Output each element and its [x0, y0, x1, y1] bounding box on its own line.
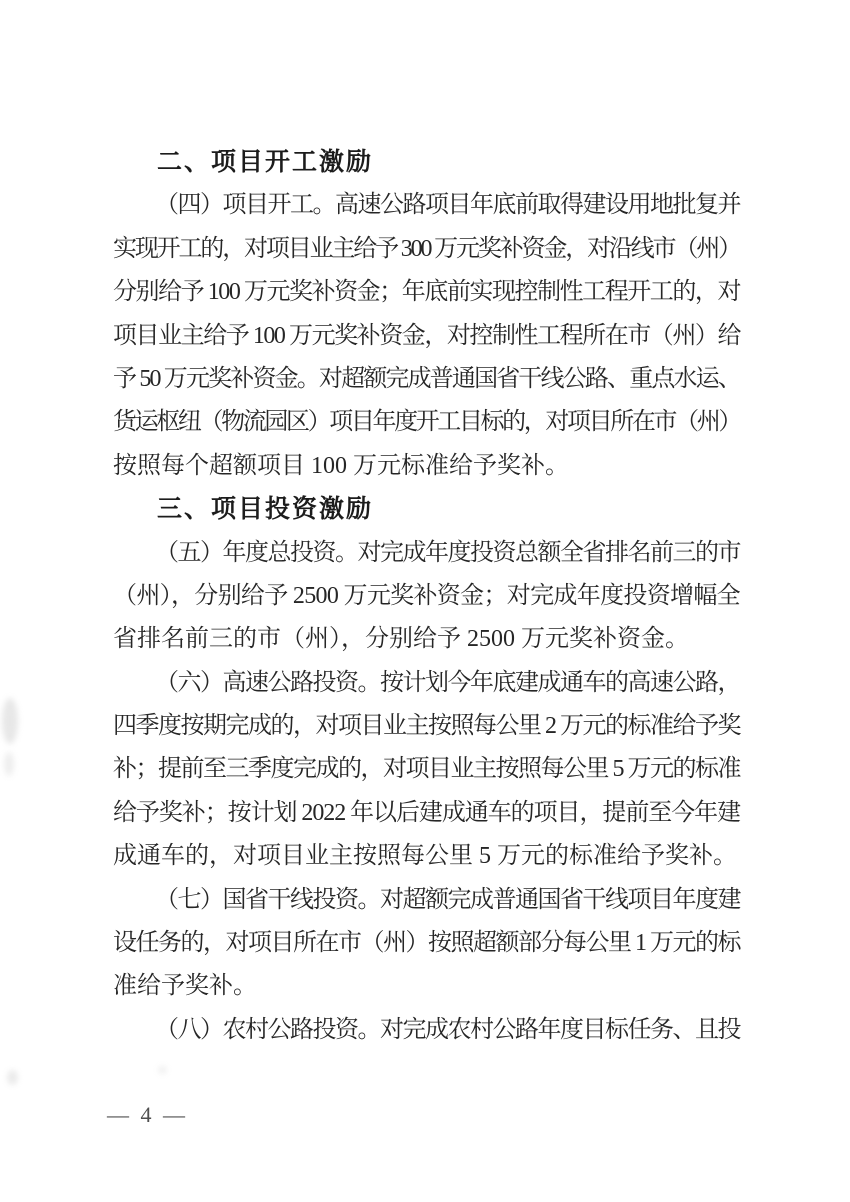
text-line: 准给予奖补。	[113, 965, 740, 1008]
line-text: 准给予奖补。	[113, 973, 257, 999]
heading-text: 三、项目投资激励	[157, 495, 373, 523]
scan-artifact	[2, 698, 18, 744]
line-text: 成通车的，对项目业主按照每公里 5 万元的标准给予奖补。	[113, 843, 737, 869]
text-line: 货运枢纽（物流园区）项目年度开工目标的，对项目所在市（州）	[113, 401, 740, 444]
text-line: （州），分别给予 2500 万元奖补资金；对完成年度投资增幅全	[113, 575, 740, 618]
page-number: — 4 —	[107, 1100, 188, 1130]
text-line: （五）年度总投资。对完成年度投资总额全省排名前三的市	[113, 532, 740, 575]
line-text: （八）农村公路投资。对完成农村公路年度目标任务、且投	[155, 1017, 740, 1043]
line-text: 予 50 万元奖补资金。对超额完成普通国省干线公路、重点水运、	[113, 366, 740, 392]
document-body: 二、项目开工激励 （四）项目开工。高速公路项目年底前取得建设用地批复并 实现开工…	[113, 141, 740, 1052]
line-text: 省排名前三的市（州），分别给予 2500 万元奖补资金。	[113, 626, 689, 652]
text-line: 补；提前至三季度完成的，对项目业主按照每公里 5 万元的标准	[113, 748, 740, 791]
line-text: 项目业主给予 100 万元奖补资金，对控制性工程所在市（州）给	[113, 323, 740, 349]
section-heading-2: 二、项目开工激励	[113, 141, 740, 184]
text-line: 设任务的，对项目所在市（州）按照超额部分每公里 1 万元的标	[113, 922, 740, 965]
text-line: （四）项目开工。高速公路项目年底前取得建设用地批复并	[113, 184, 740, 227]
line-text: 货运枢纽（物流园区）项目年度开工目标的，对项目所在市（州）	[113, 409, 740, 435]
scan-artifact	[158, 1066, 167, 1074]
line-text: （州），分别给予 2500 万元奖补资金；对完成年度投资增幅全	[113, 583, 740, 609]
heading-text: 二、项目开工激励	[157, 148, 373, 176]
text-line: 四季度按期完成的，对项目业主按照每公里 2 万元的标准给予奖	[113, 705, 740, 748]
text-line: 省排名前三的市（州），分别给予 2500 万元奖补资金。	[113, 618, 740, 661]
scan-artifact	[4, 752, 14, 776]
page-number-text: — 4 —	[107, 1102, 188, 1127]
line-text: （五）年度总投资。对完成年度投资总额全省排名前三的市	[155, 540, 740, 566]
text-line: 实现开工的，对项目业主给予 300 万元奖补资金，对沿线市（州）	[113, 228, 740, 271]
section-heading-3: 三、项目投资激励	[113, 488, 740, 531]
line-text: （六）高速公路投资。按计划今年底建成通车的高速公路，	[155, 670, 740, 696]
text-line: 予 50 万元奖补资金。对超额完成普通国省干线公路、重点水运、	[113, 358, 740, 401]
line-text: （七）国省干线投资。对超额完成普通国省干线项目年度建	[155, 887, 740, 913]
scan-artifact	[7, 1070, 18, 1085]
document-page: 二、项目开工激励 （四）项目开工。高速公路项目年底前取得建设用地批复并 实现开工…	[0, 0, 850, 1202]
text-line: 分别给予 100 万元奖补资金；年底前实现控制性工程开工的，对	[113, 271, 740, 314]
text-line: （八）农村公路投资。对完成农村公路年度目标任务、且投	[113, 1009, 740, 1052]
line-text: 按照每个超额项目 100 万元标准给予奖补。	[113, 453, 569, 479]
line-text: 实现开工的，对项目业主给予 300 万元奖补资金，对沿线市（州）	[113, 236, 740, 262]
text-line: 成通车的，对项目业主按照每公里 5 万元的标准给予奖补。	[113, 835, 740, 878]
line-text: 分别给予 100 万元奖补资金；年底前实现控制性工程开工的，对	[113, 279, 740, 305]
line-text: 补；提前至三季度完成的，对项目业主按照每公里 5 万元的标准	[113, 756, 740, 782]
line-text: （四）项目开工。高速公路项目年底前取得建设用地批复并	[155, 192, 740, 218]
text-line: 按照每个超额项目 100 万元标准给予奖补。	[113, 445, 740, 488]
text-line: （六）高速公路投资。按计划今年底建成通车的高速公路，	[113, 662, 740, 705]
line-text: 设任务的，对项目所在市（州）按照超额部分每公里 1 万元的标	[113, 930, 740, 956]
text-line: 给予奖补；按计划 2022 年以后建成通车的项目，提前至今年建	[113, 792, 740, 835]
text-line: 项目业主给予 100 万元奖补资金，对控制性工程所在市（州）给	[113, 315, 740, 358]
text-line: （七）国省干线投资。对超额完成普通国省干线项目年度建	[113, 879, 740, 922]
line-text: 给予奖补；按计划 2022 年以后建成通车的项目，提前至今年建	[113, 800, 740, 826]
line-text: 四季度按期完成的，对项目业主按照每公里 2 万元的标准给予奖	[113, 713, 740, 739]
